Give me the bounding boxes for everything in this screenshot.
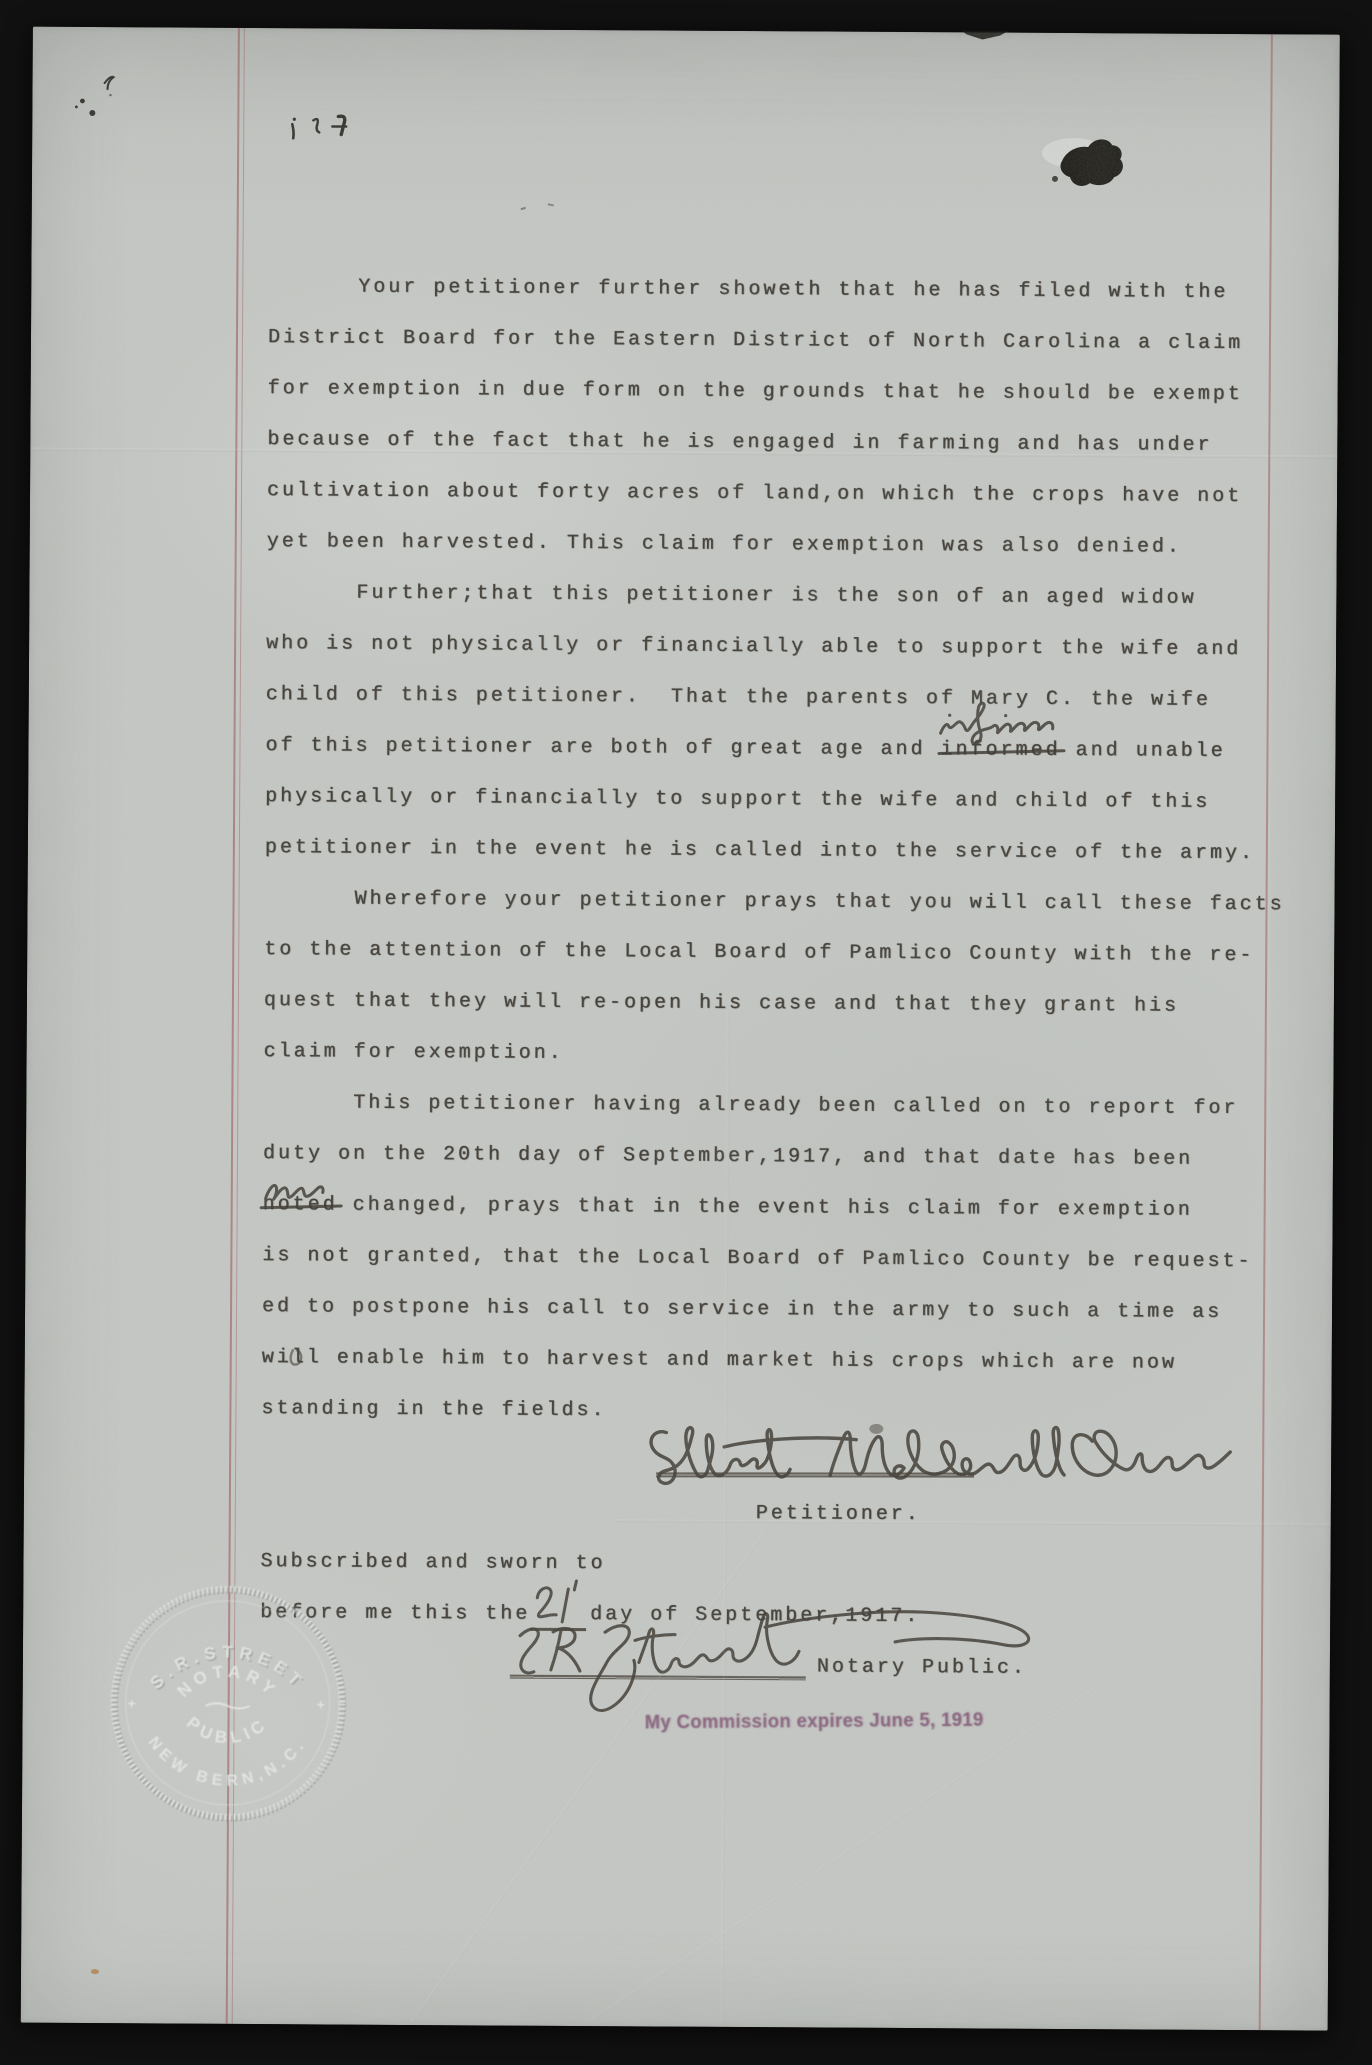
typed-line: who is not physically or financially abl… (266, 632, 1241, 661)
typed-line: physically or financially to support the… (265, 785, 1210, 814)
typed-line: This petitioner having already been call… (263, 1091, 1238, 1120)
typed-text: claim for exemption. (264, 1040, 564, 1065)
seal-arc-top: S.R.STREET (146, 1642, 309, 1694)
typed-text: because of the fact that he is engaged i… (267, 428, 1212, 457)
typed-line: petitioner in the event he is called int… (265, 836, 1255, 865)
typed-text: quest that they will re-open his case an… (264, 989, 1179, 1018)
typed-line: Further;that this petitioner is the son … (266, 581, 1196, 610)
typed-text: is not granted, that the Local Board of … (262, 1244, 1252, 1273)
typed-text: District Board for the Eastern District … (268, 326, 1243, 355)
typed-line: will enable him to harvest and market hi… (262, 1346, 1177, 1375)
typed-text: petitioner in the event he is called int… (265, 836, 1255, 865)
typed-text: This petitioner having already been call… (353, 1092, 1238, 1120)
typed-line: cultivation about forty acres of land,on… (267, 479, 1242, 508)
typed-line: Wherefore your petitioner prays that you… (264, 887, 1284, 916)
typed-line: quest that they will re-open his case an… (264, 989, 1179, 1018)
typed-line: claim for exemption. (264, 1040, 564, 1065)
sworn-line-2-post: day of September,1917. (590, 1603, 920, 1628)
typed-text: ed to postpone his call to service in th… (262, 1295, 1222, 1324)
struck-word: informed (941, 738, 1061, 762)
seal-scroll-ornament (206, 1703, 250, 1708)
struck-word: noted (263, 1193, 338, 1216)
typed-text: physically or financially to support the… (265, 785, 1210, 814)
commission-stamp: My Commission expires June 5, 1919 (644, 1710, 983, 1735)
seal-star-right: + (317, 1696, 325, 1712)
typed-line: standing in the fields. (261, 1397, 606, 1422)
typed-text: cultivation about forty acres of land,on… (267, 479, 1242, 508)
typed-text: and unable (1061, 739, 1226, 763)
typed-text: duty on the 20th day of September,1917, … (263, 1142, 1193, 1171)
sworn-line-1: Subscribed and sworn to (260, 1550, 605, 1575)
petitioner-label: Petitioner. (756, 1502, 921, 1526)
typed-line: ed to postpone his call to service in th… (262, 1295, 1222, 1324)
typed-line: duty on the 20th day of September,1917, … (263, 1142, 1193, 1171)
typed-line: of this petitioner are both of great age… (265, 734, 1225, 763)
typed-text: of this petitioner are both of great age… (265, 734, 940, 761)
notary-label: Notary Public. (817, 1655, 1027, 1679)
svg-text:PUBLIC: PUBLIC (183, 1713, 272, 1748)
typed-text: to the attention of the Local Board of P… (264, 938, 1254, 967)
day-underline (530, 1628, 586, 1631)
document-page: Your petitioner further showeth that he … (21, 27, 1340, 2031)
typed-line: is not granted, that the Local Board of … (262, 1244, 1252, 1273)
typed-text: standing in the fields. (261, 1397, 606, 1422)
typed-text: changed, prays that in the event his cla… (338, 1194, 1193, 1222)
typed-text: Your petitioner further showeth that he … (358, 276, 1228, 304)
typed-text: who is not physically or financially abl… (266, 632, 1241, 661)
typed-line: District Board for the Eastern District … (268, 326, 1243, 355)
signature-underline (656, 1472, 974, 1477)
seal-word-public: PUBLIC (183, 1713, 272, 1748)
scan-background: Your petitioner further showeth that he … (0, 0, 1372, 2065)
typed-line: to the attention of the Local Board of P… (264, 938, 1254, 967)
embossed-notary-seal: S.R.STREET S.R.STREET NEW BERN,N.C. NOTA… (97, 1572, 359, 1834)
typed-line: Your petitioner further showeth that he … (268, 275, 1228, 304)
typed-text: Further;that this petitioner is the son … (356, 582, 1196, 610)
typed-line: yet been harvested. This claim for exemp… (267, 530, 1182, 559)
typed-text: yet been harvested. This claim for exemp… (267, 530, 1182, 559)
svg-text:S.R.STREET: S.R.STREET (146, 1642, 309, 1694)
seal-star-left: + (128, 1695, 136, 1711)
typed-text: Wherefore your petitioner prays that you… (354, 888, 1284, 917)
typed-line: for exemption in due form on the grounds… (268, 377, 1243, 406)
typed-line: because of the fact that he is engaged i… (267, 428, 1212, 457)
typed-text: child of this petitioner. That the paren… (266, 683, 1211, 712)
typed-line: noted changed, prays that in the event h… (263, 1193, 1193, 1222)
typed-text: for exemption in due form on the grounds… (268, 377, 1243, 406)
typed-text: will enable him to harvest and market hi… (262, 1346, 1177, 1375)
typed-line: child of this petitioner. That the paren… (266, 683, 1211, 712)
paper-stain-speck (91, 1969, 99, 1974)
